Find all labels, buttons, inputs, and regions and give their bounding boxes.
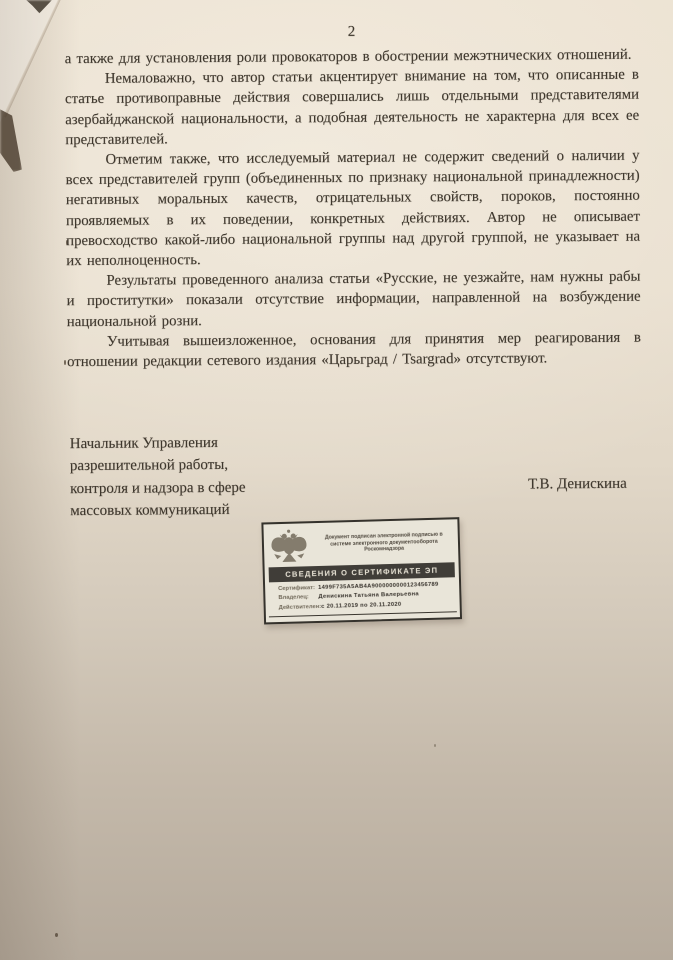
double-headed-eagle-icon: [269, 527, 310, 564]
body-text: а также для установления роли провокатор…: [65, 45, 642, 373]
signer-title-line: разрешительной работы,: [70, 454, 246, 478]
stamp-header: Документ подписан электронной подписью в…: [267, 522, 456, 566]
stamp-caption-text: Документ подписан электронной подписью в…: [309, 532, 453, 555]
document-content: 2 а также для установления роли провокат…: [0, 0, 673, 960]
stamp-row-label: Действителен:: [271, 603, 322, 614]
paragraph: Отметим также, что исследуемый материал …: [65, 146, 640, 272]
digital-signature-stamp: Документ подписан электронной подписью в…: [261, 517, 462, 625]
signer-title-line: массовых коммуникаций: [70, 499, 246, 523]
paragraph: Учитывая вышеизложенное, основания для п…: [67, 327, 641, 372]
signer-title-line: контроля и надзора в сфере: [70, 476, 246, 500]
signer-name: Т.В. Денискина: [528, 476, 627, 494]
paragraph: Немаловажно, что автор статьи акцентируе…: [65, 65, 640, 150]
certificate-details: Сертификат: 1499F735A5AB4A90000000001234…: [268, 579, 457, 618]
signer-title-line: Начальник Управления: [70, 432, 246, 456]
signer-title: Начальник Управления разрешительной рабо…: [70, 432, 246, 523]
paragraph: Результаты проведенного анализа статьи «…: [66, 267, 640, 332]
page-number: 2: [64, 22, 638, 44]
